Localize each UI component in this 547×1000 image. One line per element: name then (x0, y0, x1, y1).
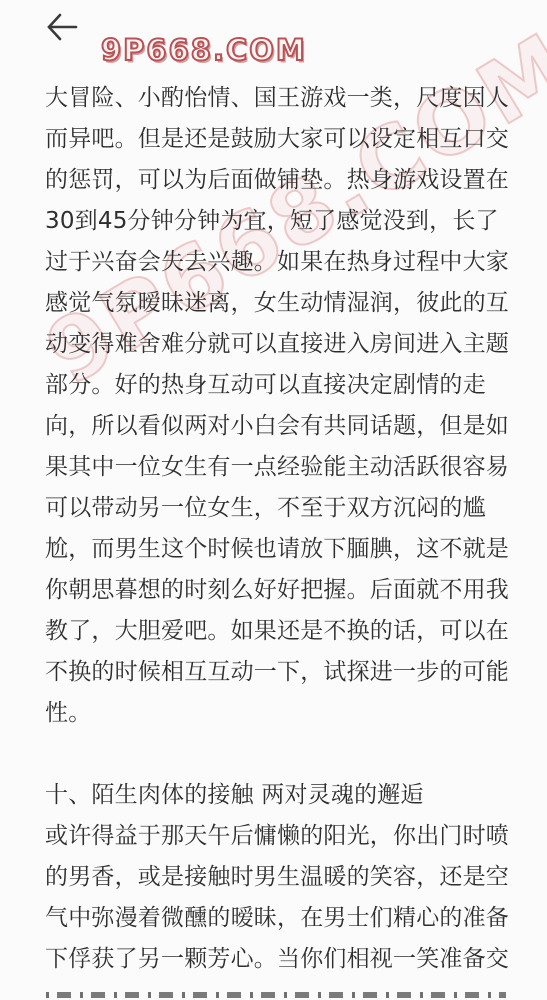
text-line: 过于兴奋会失去兴趣。如果在热身过程中大家 (45, 242, 509, 283)
text-line: 的惩罚，可以为后面做铺垫。热身游戏设置在 (45, 160, 509, 201)
section-heading: 十、陌生肉体的接触 两对灵魂的邂逅 (45, 775, 509, 816)
text-line: 你朝思暮想的时刻么好好把握。后面就不用我 (45, 570, 509, 611)
text-line: 果其中一位女生有一点经验能主动活跃很容易 (45, 447, 509, 488)
text-line: 教了，大胆爱吧。如果还是不换的话，可以在 (45, 611, 509, 652)
site-watermark-badge: 9P668.COM (101, 33, 307, 67)
text-line: 30到45分钟分钟为宜，短了感觉没到，长了 (45, 201, 509, 242)
text-line: 不换的时候相互互动一下，试探进一步的可能 (45, 652, 509, 693)
back-button[interactable] (43, 10, 79, 44)
text-line: 感觉气氛暧昧迷离，女生动情湿润，彼此的互 (45, 283, 509, 324)
clipped-next-text-line (46, 992, 506, 998)
text-line: 大冒险、小酌怡情、国王游戏一类，尺度因人 (45, 78, 509, 119)
article-scroll-area[interactable]: 大冒险、小酌怡情、国王游戏一类，尺度因人而异吧。但是还是鼓励大家可以设定相互口交… (45, 78, 509, 980)
reader-page: { "page": { "background": "#fcfbfb", "te… (0, 0, 547, 1000)
paragraph-lines: 或许得益于那天午后慵懒的阳光，你出门时喷的男香，或是接触时男生温暖的笑容，还是空… (45, 816, 509, 980)
text-line: 下俘获了另一颗芳心。当你们相视一笑准备交 (45, 939, 509, 980)
text-line: 的男香，或是接触时男生温暖的笑容，还是空 (45, 857, 509, 898)
text-line: 性。 (45, 693, 509, 734)
text-line: 气中弥漫着微醺的暧昧，在男士们精心的准备 (45, 898, 509, 939)
text-line: 动变得难舍难分就可以直接进入房间进入主题 (45, 324, 509, 365)
text-line: 尬，而男生这个时候也请放下腼腆，这不就是 (45, 529, 509, 570)
paragraph: 十、陌生肉体的接触 两对灵魂的邂逅 或许得益于那天午后慵懒的阳光，你出门时喷的男… (45, 775, 509, 980)
text-line: 可以带动另一位女生，不至于双方沉闷的尴 (45, 488, 509, 529)
paragraph: 大冒险、小酌怡情、国王游戏一类，尺度因人而异吧。但是还是鼓励大家可以设定相互口交… (45, 78, 509, 734)
text-line: 而异吧。但是还是鼓励大家可以设定相互口交 (45, 119, 509, 160)
text-line: 或许得益于那天午后慵懒的阳光，你出门时喷 (45, 816, 509, 857)
text-line: 部分。好的热身互动可以直接决定剧情的走 (45, 365, 509, 406)
back-arrow-icon (43, 10, 79, 44)
text-line: 向，所以看似两对小白会有共同话题，但是如 (45, 406, 509, 447)
